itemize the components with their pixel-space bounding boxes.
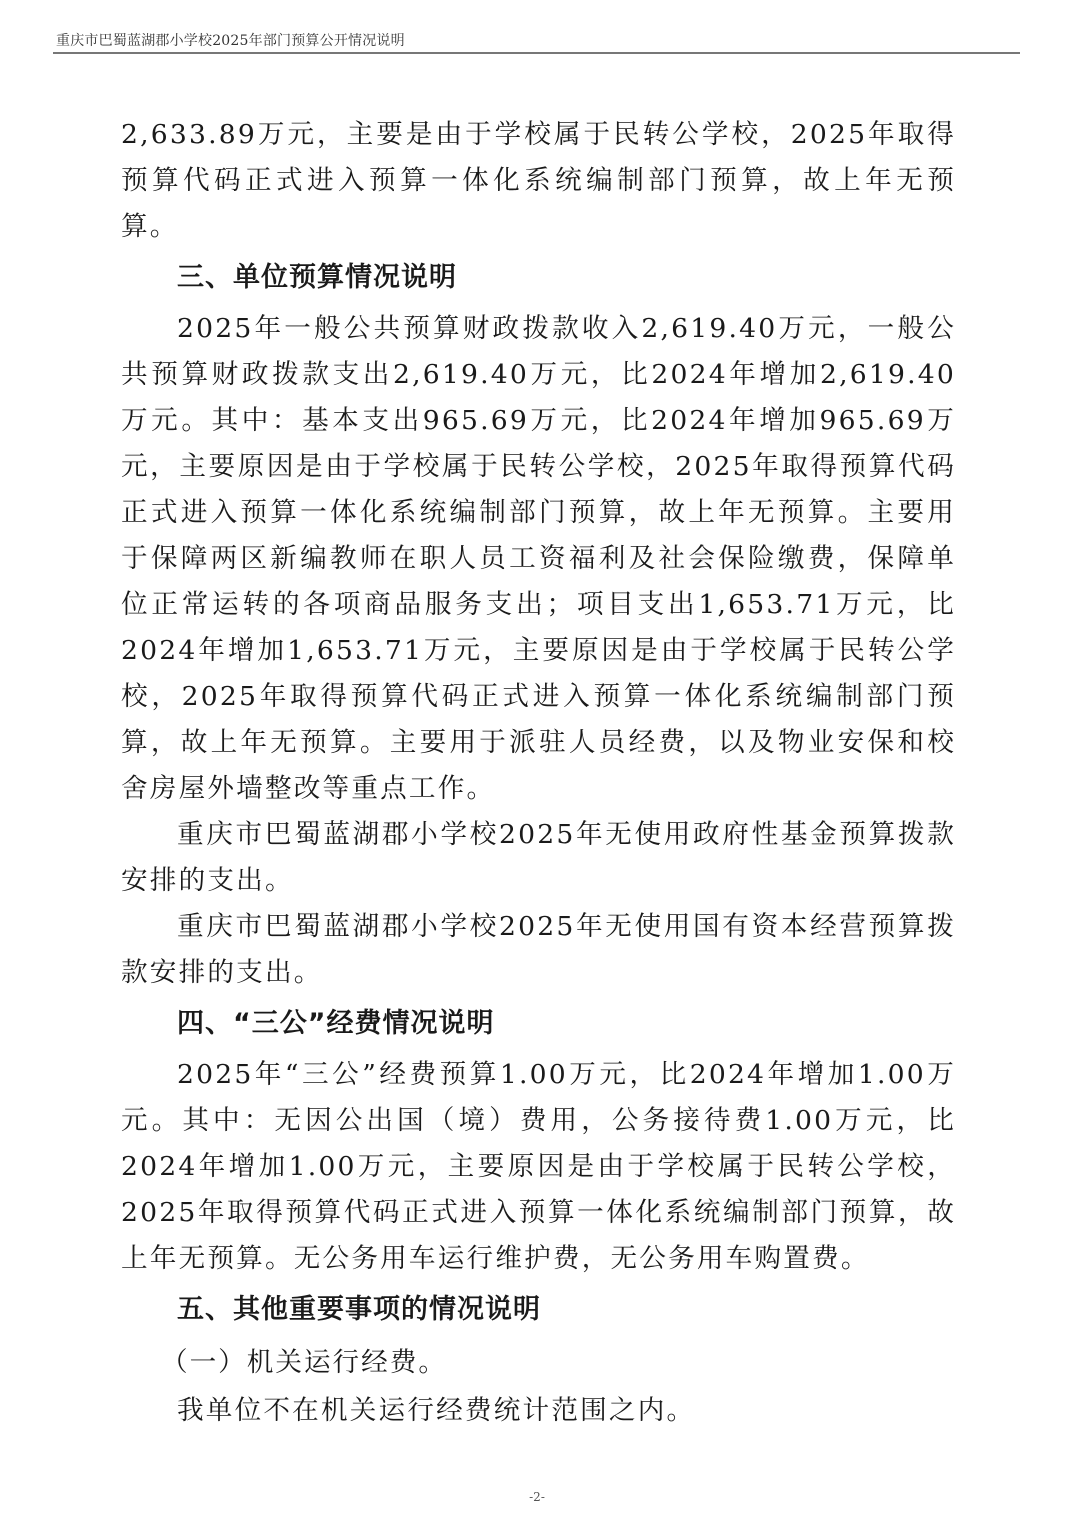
- section-heading-other-matters: 五、其他重要事项的情况说明: [121, 1282, 956, 1338]
- continuation-paragraph: 2,633.89万元，主要是由于学校属于民转公学校，2025年取得预算代码正式进…: [121, 112, 956, 250]
- section-heading-three-public: 四、“三公”经费情况说明: [121, 996, 956, 1052]
- page-number: -2-: [0, 1490, 1074, 1504]
- section-heading-unit-budget: 三、单位预算情况说明: [121, 250, 956, 306]
- paragraph-three-public-expenses: 2025年“三公”经费预算1.00万元，比2024年增加1.00万元。其中：无因…: [121, 1052, 956, 1282]
- paragraph-government-fund: 重庆市巴蜀蓝湖郡小学校2025年无使用政府性基金预算拨款安排的支出。: [121, 812, 956, 904]
- paragraph-operating-costs: 我单位不在机关运行经费统计范围之内。: [121, 1388, 956, 1434]
- running-header: 重庆市巴蜀蓝湖郡小学校2025年部门预算公开情况说明: [56, 30, 405, 50]
- paragraph-general-budget: 2025年一般公共预算财政拨款收入2,619.40万元，一般公共预算财政拨款支出…: [121, 306, 956, 812]
- document-body: 2,633.89万元，主要是由于学校属于民转公学校，2025年取得预算代码正式进…: [121, 112, 956, 1434]
- subsection-heading-operating-costs: （一）机关运行经费。: [121, 1338, 956, 1388]
- paragraph-state-capital: 重庆市巴蜀蓝湖郡小学校2025年无使用国有资本经营预算拨款安排的支出。: [121, 904, 956, 996]
- header-divider: [53, 52, 1020, 54]
